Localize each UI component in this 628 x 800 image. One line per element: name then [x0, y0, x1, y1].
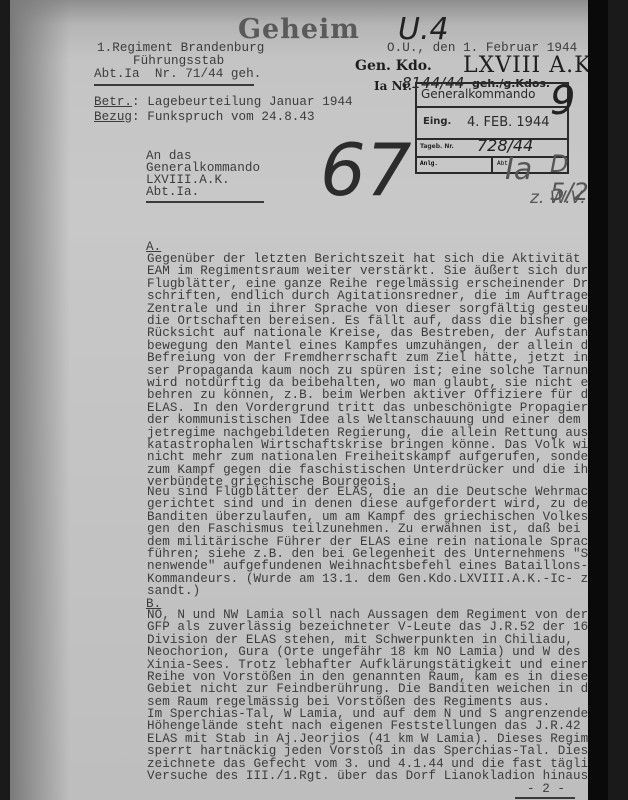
- bezug-value: : Funkspruch vom 24.8.43: [132, 110, 315, 124]
- text-line: schriften, endlich durch Agitationsredne…: [147, 290, 608, 303]
- text-line: sperrt hartnäckig jeden Vorstoß in das S…: [147, 745, 588, 758]
- bezug-label: Bezug: [94, 110, 132, 124]
- handwritten-large-number: 67: [320, 128, 412, 212]
- text-line: Kommandeurs. (Wurde am 13.1. dem Gen.Kdo…: [147, 573, 608, 586]
- betr-label: Betr.: [94, 95, 132, 109]
- sender-line-3: Abt.Ia Nr. 71/44 geh.: [94, 68, 261, 81]
- text-line: gen den Faschismus teilzunehmen. Zu erwä…: [147, 523, 608, 536]
- receipt-nr-label: Tageb. Nr.: [420, 143, 454, 150]
- gen-kdo-stamp: Gen. Kdo.: [355, 58, 432, 74]
- sender-line-2: Führungsstab: [133, 55, 224, 68]
- recipient-line-4: Abt.Ia.: [146, 186, 199, 199]
- betr-value: : Lagebeurteilung Januar 1944: [132, 95, 353, 109]
- handwritten-wv: z. W.V.: [530, 188, 586, 208]
- scan-border: [588, 0, 608, 800]
- handwritten-side-number: 9: [550, 78, 575, 124]
- document-page: Geheim U.4 1.Regiment Brandenburg Führun…: [10, 0, 608, 800]
- sender-divider: [94, 84, 254, 86]
- text-line: sandt.): [147, 585, 200, 598]
- handwritten-ia: Ia: [505, 152, 532, 187]
- page-marker: - 2 -: [527, 783, 565, 796]
- sender-line-1: 1.Regiment Brandenburg: [97, 42, 264, 55]
- page-marker-rule: [515, 797, 575, 799]
- receipt-stamp: Generalkommando Eing. 4. FEB. 1944 Tageb…: [415, 82, 569, 174]
- corps-stamp: LXVIII A.K.: [463, 53, 600, 78]
- receipt-eing-label: Eing.: [423, 116, 451, 127]
- text-line: Neochorion, Gura (Orte ungefähr 18 km NO…: [147, 646, 581, 659]
- text-line: der kommunistischen Idee als Weltanschau…: [147, 414, 608, 427]
- receipt-date: 4. FEB. 1944: [467, 115, 550, 130]
- recipient-divider: [146, 201, 264, 203]
- receipt-anl-label: Anlg.: [420, 160, 438, 167]
- text-line: Versuche des III./1.Rgt. über das Dorf L…: [147, 770, 588, 783]
- betr-line: Betr.: Lagebeurteilung Januar 1944: [94, 96, 353, 109]
- receipt-title: Generalkommando: [421, 87, 535, 101]
- text-line: Befreiung von der Fremdherrschaft zum Zi…: [147, 352, 608, 365]
- bezug-line: Bezug: Funkspruch vom 24.8.43: [94, 111, 315, 124]
